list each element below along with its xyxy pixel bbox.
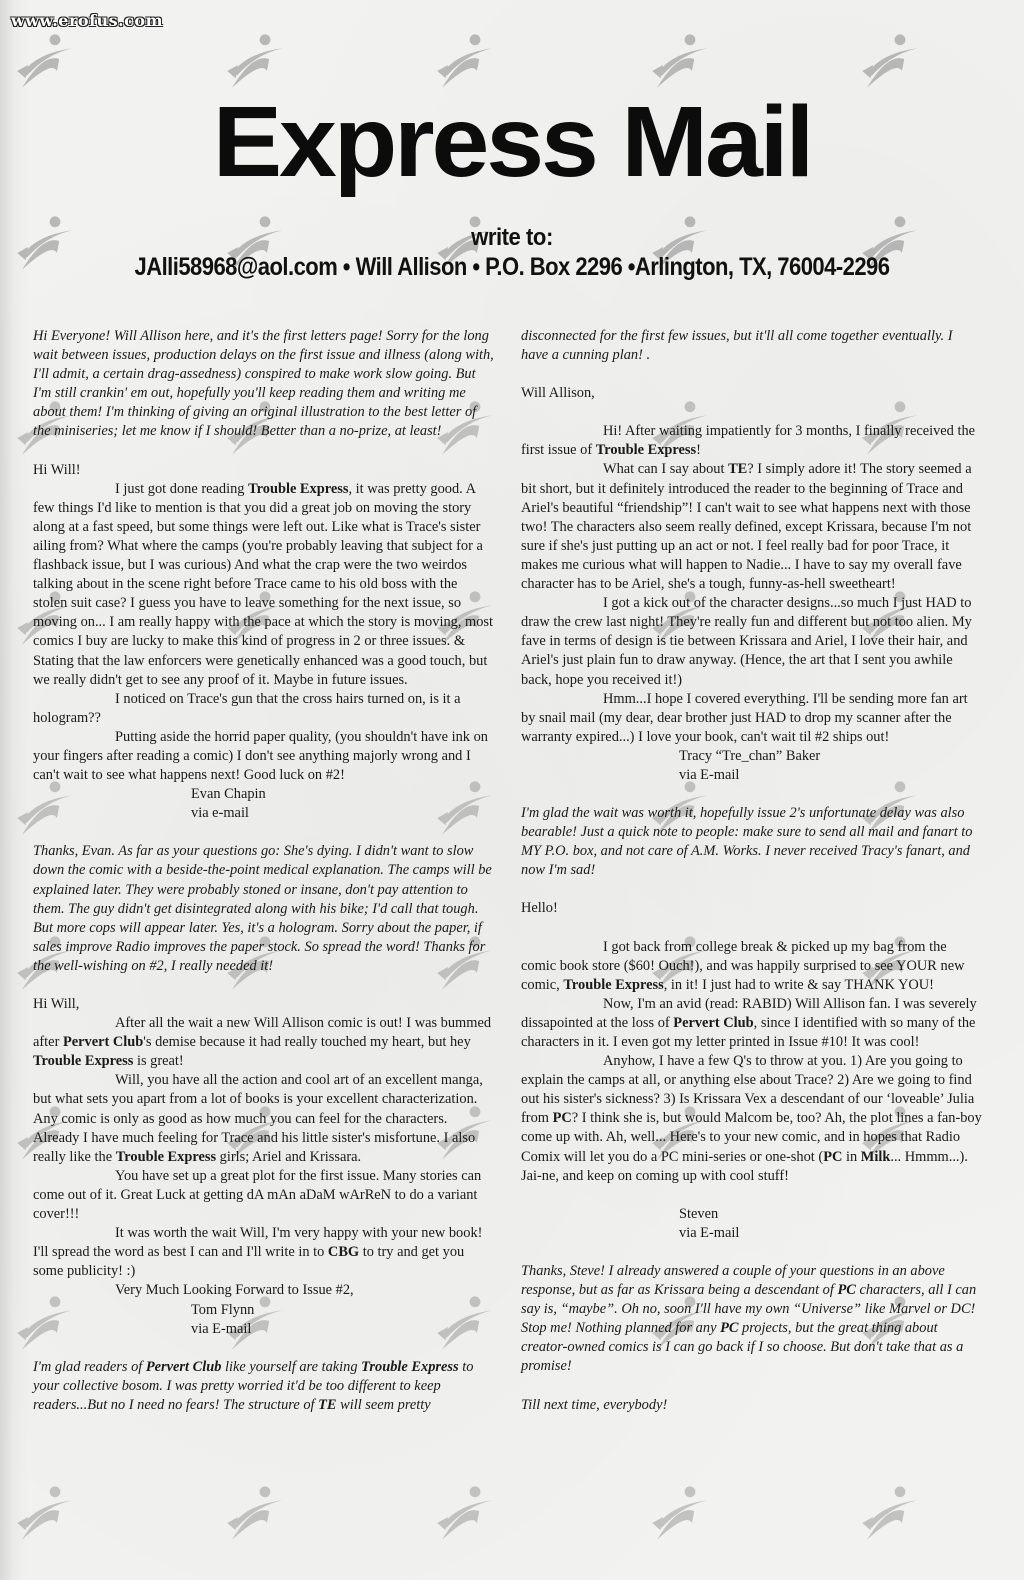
signature-name: Evan Chapin	[33, 785, 495, 804]
letter-salutation: Hi Will,	[33, 995, 495, 1014]
editor-reply: Thanks, Evan. As far as your questions g…	[33, 842, 495, 976]
right-column: disconnected for the first few issues, b…	[521, 327, 983, 1415]
signature-via: via E-mail	[33, 1320, 495, 1339]
runner-logo-icon	[645, 1480, 717, 1542]
letter-closing: Very Much Looking Forward to Issue #2,	[33, 1281, 495, 1300]
letter-paragraph: Now, I'm an avid (read: RABID) Will Alli…	[521, 995, 983, 1052]
letter-salutation: Hi Will!	[33, 461, 495, 480]
runner-logo-icon	[855, 1480, 927, 1542]
editor-reply: Thanks, Steve! I already answered a coup…	[521, 1262, 983, 1377]
editor-signoff: Till next time, everybody!	[521, 1396, 983, 1415]
editor-reply-continued: disconnected for the first few issues, b…	[521, 327, 983, 365]
letter-steven: Hello! I got back from college break & p…	[521, 899, 983, 1243]
runner-logo-icon	[855, 28, 927, 90]
letter-paragraph: What can I say about TE? I simply adore …	[521, 460, 983, 594]
letter-paragraph: After all the wait a new Will Allison co…	[33, 1014, 495, 1071]
page-title: Express Mail	[0, 92, 1024, 192]
signature-via: via e-mail	[33, 804, 495, 823]
editor-reply: I'm glad readers of Pervert Club like yo…	[33, 1358, 495, 1415]
editor-reply: I'm glad the wait was worth it, hopefull…	[521, 804, 983, 880]
letter-paragraph: Hmm...I hope I covered everything. I'll …	[521, 690, 983, 747]
signature-name: Tom Flynn	[33, 1301, 495, 1320]
masthead: Express Mail	[0, 92, 1024, 192]
letters-page: www.erofus.com Express Mail write to: JA…	[0, 0, 1024, 1580]
letter-paragraph: Hi! After waiting impatiently for 3 mont…	[521, 422, 983, 460]
letter-paragraph: I got a kick out of the character design…	[521, 594, 983, 689]
runner-logo-icon	[645, 28, 717, 90]
letter-paragraph: I noticed on Trace's gun that the cross …	[33, 690, 495, 728]
site-watermark-text: www.erofus.com	[11, 11, 163, 30]
letter-tom-flynn: Hi Will, After all the wait a new Will A…	[33, 995, 495, 1339]
letter-paragraph: It was worth the wait Will, I'm very hap…	[33, 1224, 495, 1281]
runner-logo-icon	[10, 1480, 82, 1542]
signature-name: Steven	[521, 1205, 983, 1224]
runner-logo-icon	[220, 1480, 292, 1542]
letter-paragraph: Putting aside the horrid paper quality, …	[33, 728, 495, 785]
left-column: Hi Everyone! Will Allison here, and it's…	[33, 327, 495, 1415]
letter-salutation: Hello!	[521, 899, 983, 918]
signature-name: Tracy “Tre_chan” Baker	[521, 747, 983, 766]
runner-logo-icon	[430, 1480, 502, 1542]
letter-tracy-baker: Will Allison, Hi! After waiting impatien…	[521, 384, 983, 785]
letter-paragraph: You have set up a great plot for the fir…	[33, 1167, 495, 1224]
letter-paragraph: Anyhow, I have a few Q's to throw at you…	[521, 1052, 983, 1186]
runner-logo-icon	[430, 28, 502, 90]
runner-logo-icon	[10, 28, 82, 90]
signature-via: via E-mail	[521, 1224, 983, 1243]
editor-intro: Hi Everyone! Will Allison here, and it's…	[33, 327, 495, 442]
letter-salutation: Will Allison,	[521, 384, 983, 403]
runner-logo-icon	[220, 28, 292, 90]
letter-paragraph: Will, you have all the action and cool a…	[33, 1071, 495, 1166]
letter-paragraph: I just got done reading Trouble Express,…	[33, 480, 495, 690]
letter-paragraph: I got back from college break & picked u…	[521, 938, 983, 995]
letter-evan-chapin: Hi Will! I just got done reading Trouble…	[33, 461, 495, 824]
mailing-address: JAlli58968@aol.com • Will Allison • P.O.…	[61, 253, 962, 282]
signature-via: via E-mail	[521, 766, 983, 785]
write-to-label: write to:	[41, 224, 983, 252]
